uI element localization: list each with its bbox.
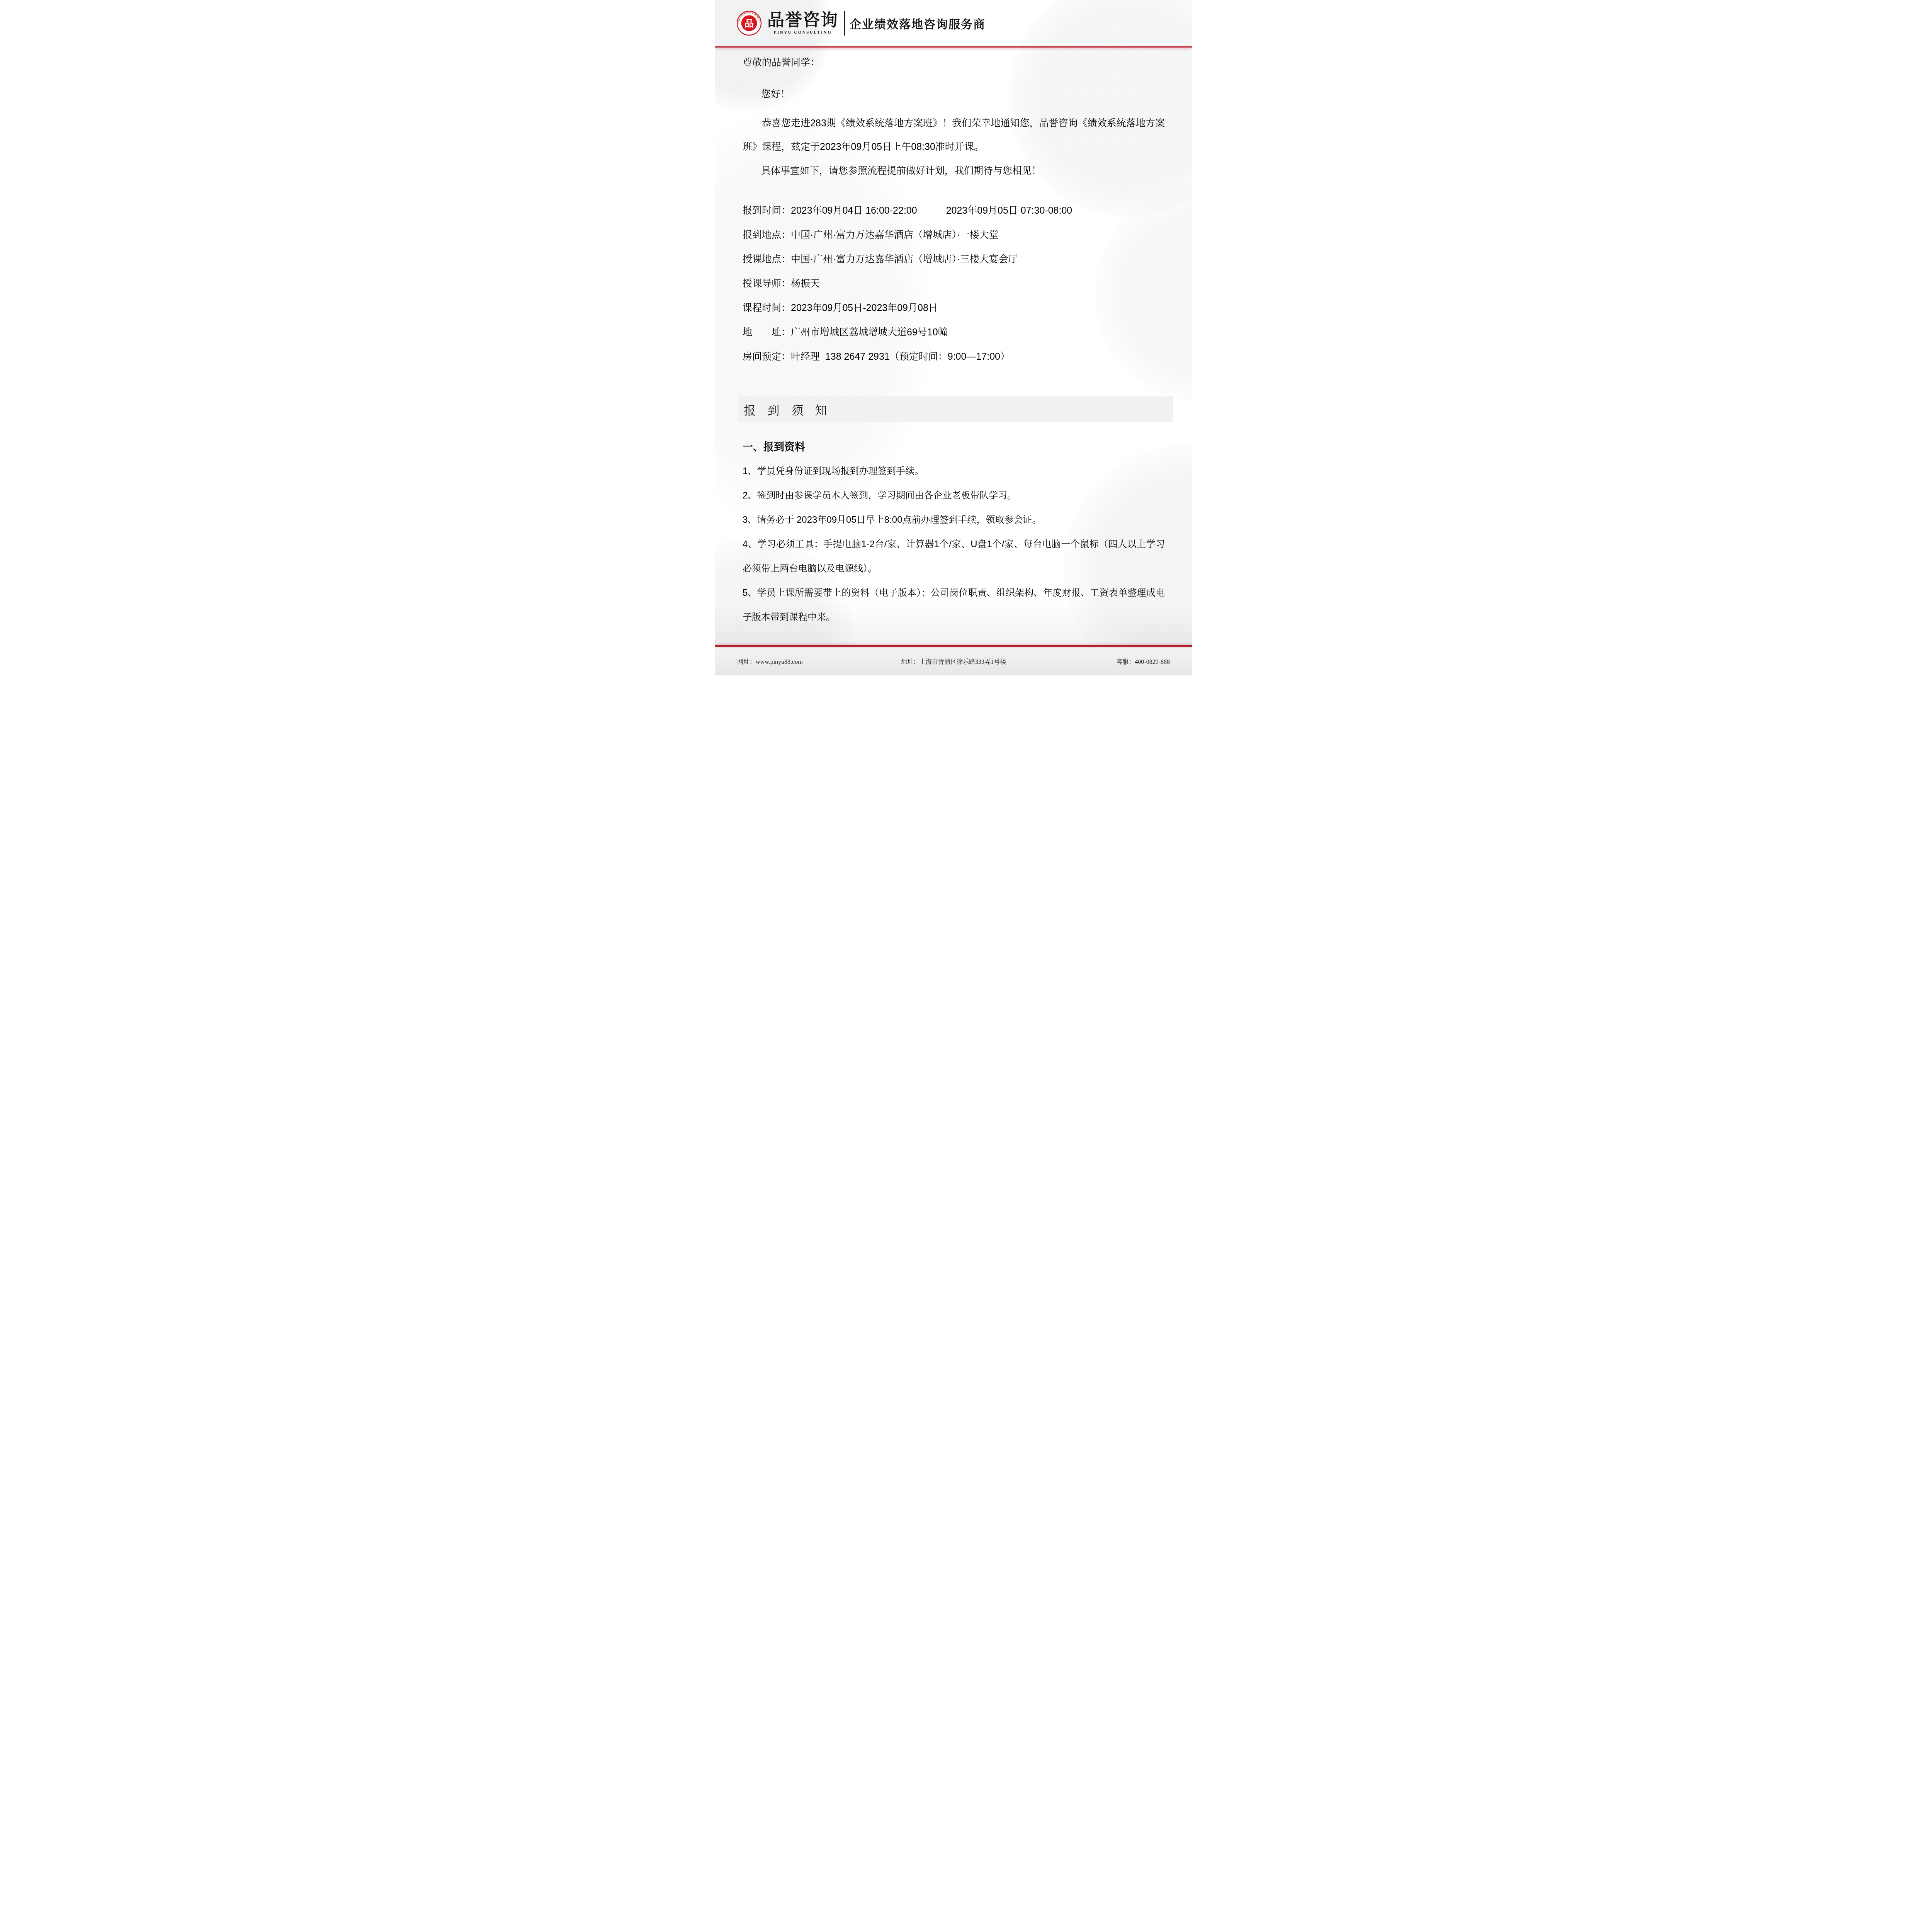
detail-label: 报到地点： <box>743 230 791 240</box>
detail-row-room-booking: 房间预定：叶经理 138 2647 2931（预定时间：9:00—17:00） <box>743 345 1176 369</box>
detail-value: 2023年09月05日-2023年09月08日 <box>791 303 938 313</box>
header-divider <box>844 11 845 36</box>
footer-website: 网址：www.pinyu88.com <box>737 657 881 666</box>
section-bar-checkin-notice: 报 到 须 知 <box>738 396 1173 422</box>
seal-glyph: 品 <box>744 19 754 29</box>
detail-value: 中国·广州·富力万达嘉华酒店（增城店）·一楼大堂 <box>791 230 998 240</box>
document-page: PINYU ENTERPRISE MANAGEMENT 2014 品 品誉咨询 … <box>715 0 1192 675</box>
letter-paragraph-1: 恭喜您走进283期《绩效系统落地方案班》！我们荣幸地通知您，品誉咨询《绩效系统落… <box>743 112 1165 159</box>
detail-value: 叶经理 138 2647 2931（预定时间：9:00—17:00） <box>791 351 1010 362</box>
course-details: 报到时间：2023年09月04日 16:00-22:00 2023年09月05日… <box>743 199 1176 369</box>
footer-address-label: 地址： <box>901 659 920 665</box>
header: PINYU ENTERPRISE MANAGEMENT 2014 品 品誉咨询 … <box>715 0 1192 48</box>
detail-row-class-place: 授课地点：中国·广州·富力万达嘉华酒店（增城店）·三楼大宴会厅 <box>743 247 1176 272</box>
detail-value: 2023年09月04日 16:00-22:00 2023年09月05日 07:3… <box>791 205 1072 216</box>
footer-website-label: 网址： <box>737 659 756 665</box>
notice-item-4: 4、学习必须工具：手提电脑1-2台/家、计算器1个/家、U盘1个/家、每台电脑一… <box>743 532 1165 581</box>
detail-label: 课程时间： <box>743 303 791 313</box>
notice-item-5: 5、学员上课所需要带上的资料（电子版本）：公司岗位职责、组织架构、年度财报、工资… <box>743 581 1165 629</box>
detail-value: 中国·广州·富力万达嘉华酒店（增城店）·三楼大宴会厅 <box>791 254 1018 265</box>
detail-value: 杨振天 <box>791 278 820 289</box>
company-name-cn: 品誉咨询 <box>767 12 838 29</box>
detail-row-lecturer: 授课导师：杨振天 <box>743 272 1176 296</box>
subsection-title-checkin-materials: 一、报到资料 <box>743 435 805 459</box>
detail-value: 广州市增城区荔城增城大道69号10幢 <box>791 327 948 338</box>
section-title: 报 到 须 知 <box>744 401 831 418</box>
brand-block: 品誉咨询 PINYU CONSULTING <box>767 12 838 35</box>
footer-rule <box>715 645 1192 647</box>
footer: 网址：www.pinyu88.com 地址：上海市青浦区徐乐路333弄1号楼 客… <box>737 657 1170 666</box>
footer-address: 地址：上海市青浦区徐乐路333弄1号楼 <box>881 657 1025 666</box>
footer-website-value: www.pinyu88.com <box>756 659 803 665</box>
notice-list: 1、学员凭身份证到现场报到办理签到手续。 2、签到时由参课学员本人签到，学习期间… <box>743 459 1165 629</box>
detail-row-checkin-time: 报到时间：2023年09月04日 16:00-22:00 2023年09月05日… <box>743 199 1176 223</box>
detail-label: 授课导师： <box>743 278 791 289</box>
company-seal-icon: PINYU ENTERPRISE MANAGEMENT 2014 品 <box>736 10 762 36</box>
footer-address-value: 上海市青浦区徐乐路333弄1号楼 <box>920 659 1006 665</box>
detail-row-address: 地 址：广州市增城区荔城增城大道69号10幢 <box>743 320 1176 345</box>
notice-item-1: 1、学员凭身份证到现场报到办理签到手续。 <box>743 459 1165 483</box>
company-name-en: PINYU CONSULTING <box>767 30 838 35</box>
notice-item-2: 2、签到时由参课学员本人签到，学习期间由各企业老板带队学习。 <box>743 483 1165 508</box>
detail-label: 授课地点： <box>743 254 791 265</box>
detail-row-checkin-place: 报到地点：中国·广州·富力万达嘉华酒店（增城店）·一楼大堂 <box>743 223 1176 247</box>
footer-service-value: 400-0829-888 <box>1135 659 1170 665</box>
company-tagline: 企业绩效落地咨询服务商 <box>850 15 986 32</box>
salutation: 尊敬的品誉同学： <box>743 51 820 75</box>
letter-paragraph-2: 具体事宜如下，请您参照流程提前做好计划，我们期待与您相见！ <box>761 159 1041 183</box>
detail-label: 地 址： <box>743 327 791 338</box>
notice-item-3: 3、请务必于 2023年09月05日早上8:00点前办理签到手续，领取参会证。 <box>743 508 1165 532</box>
detail-label: 报到时间： <box>743 205 791 216</box>
greeting: 您好！ <box>761 83 790 106</box>
footer-service-label: 客服： <box>1116 659 1135 665</box>
detail-label: 房间预定： <box>743 351 791 362</box>
footer-service: 客服：400-0829-888 <box>1026 657 1170 666</box>
detail-row-course-time: 课程时间：2023年09月05日-2023年09月08日 <box>743 296 1176 320</box>
